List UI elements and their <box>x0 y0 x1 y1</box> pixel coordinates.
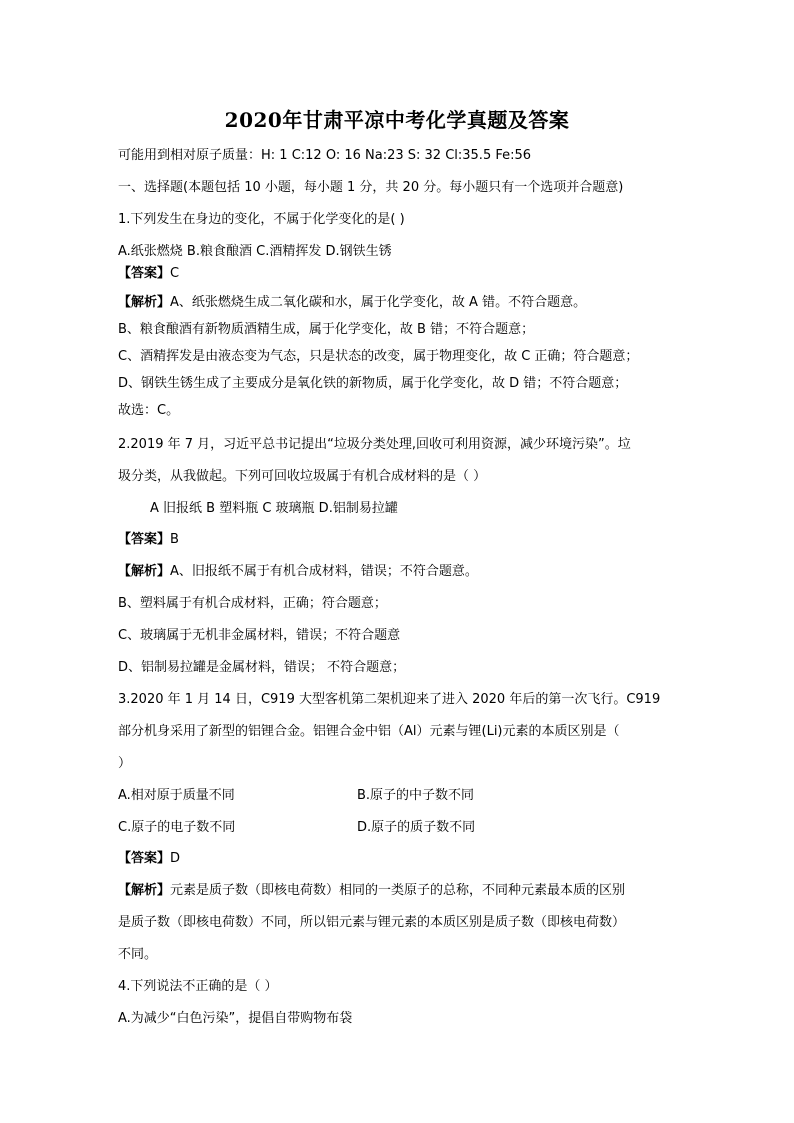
q1-options: A.纸张燃烧 B.粮食酿酒 C.酒精挥发 D.钢铁生锈 <box>118 243 392 261</box>
q3-analysis-line: 【解析】元素是质子数（即核电荷数）相同的一类原子的总称，不同种元素最本质的区别 <box>118 882 625 900</box>
q2-answer: 【答案】B <box>118 531 179 549</box>
q1-analysis-line: 故选：C。 <box>118 402 179 420</box>
q2-analysis-line: D、铝制易拉罐是金属材料，错误； 不符合题意； <box>118 659 405 677</box>
q3-option-b: B.原子的中子数不同 <box>357 787 474 805</box>
q1-analysis-line: C、酒精挥发是由液态变为气态，只是状态的改变，属于物理变化，故 C 正确；符合题… <box>118 348 638 366</box>
analysis-label: 【解析】 <box>118 883 170 898</box>
q1-stem: 1.下列发生在身边的变化，不属于化学变化的是( ) <box>118 211 405 229</box>
q2-stem-line: 圾分类，从我做起。下列可回收垃圾属于有机合成材料的是（ ） <box>118 468 486 486</box>
q2-analysis-line: C、玻璃属于无机非金属材料，错误；不符合题意 <box>118 627 400 645</box>
analysis-label: 【解析】 <box>118 295 170 310</box>
q3-answer: 【答案】D <box>118 850 180 868</box>
q3-option-a: A.相对原于质量不同 <box>118 787 235 805</box>
atomic-mass-line: 可能用到相对原子质量：H: 1 C:12 O: 16 Na:23 S: 32 C… <box>118 147 531 165</box>
q1-answer: 【答案】C <box>118 265 179 283</box>
q1-analysis-line: B、粮食酿酒有新物质酒精生成，属于化学变化，故 B 错；不符合题意； <box>118 321 534 339</box>
q1-analysis-line: 【解析】A、纸张燃烧生成二氧化碳和水，属于化学变化，故 A 错。不符合题意。 <box>118 294 586 312</box>
q3-analysis-line: 不同。 <box>118 946 157 964</box>
q4-stem: 4.下列说法不正确的是（ ） <box>118 978 278 996</box>
answer-label: 【答案】 <box>118 266 170 281</box>
q2-analysis-line: 【解析】A、旧报纸不属于有机合成材料，错误；不符合题意。 <box>118 563 478 581</box>
answer-label: 【答案】 <box>118 851 170 866</box>
document-page: 2020年甘肃平凉中考化学真题及答案 可能用到相对原子质量：H: 1 C:12 … <box>0 0 794 1123</box>
q1-answer-value: C <box>170 266 179 281</box>
q3-stem-line: 部分机身采用了新型的铝锂合金。铝锂合金中铝（Al）元素与锂(Li)元素的本质区别… <box>118 723 620 741</box>
q3-option-d: D.原子的质子数不同 <box>357 819 475 837</box>
q2-stem-line: 2.2019 年 7 月，习近平总书记提出“垃圾分类处理,回收可利用资源，减少环… <box>118 436 631 454</box>
q1-analysis-line: D、钢铁生锈生成了主要成分是氧化铁的新物质，属于化学变化，故 D 错；不符合题意… <box>118 375 627 393</box>
q3-stem-line: ） <box>118 755 131 773</box>
analysis-label: 【解析】 <box>118 564 170 579</box>
q3-stem-line: 3.2020 年 1 月 14 日，C919 大型客机第二架机迎来了进入 202… <box>118 691 660 709</box>
section-heading: 一、选择题(本题包括 10 小题，每小题 1 分，共 20 分。每小题只有一个选… <box>118 179 623 197</box>
document-title: 2020年甘肃平凉中考化学真题及答案 <box>0 104 794 133</box>
answer-label: 【答案】 <box>118 532 170 547</box>
q2-answer-value: B <box>170 532 179 547</box>
q2-options: A 旧报纸 B 塑料瓶 C 玻璃瓶 D.铝制易拉罐 <box>150 500 398 518</box>
q3-answer-value: D <box>170 851 180 866</box>
q3-option-c: C.原子的电子数不同 <box>118 819 235 837</box>
q3-analysis-line: 是质子数（即核电荷数）不同，所以铝元素与锂元素的本质区别是质子数（即核电荷数） <box>118 914 625 932</box>
q2-analysis-line: B、塑料属于有机合成材料，正确；符合题意； <box>118 595 387 613</box>
q4-option-a: A.为减少“白色污染”，提倡自带购物布袋 <box>118 1010 352 1028</box>
